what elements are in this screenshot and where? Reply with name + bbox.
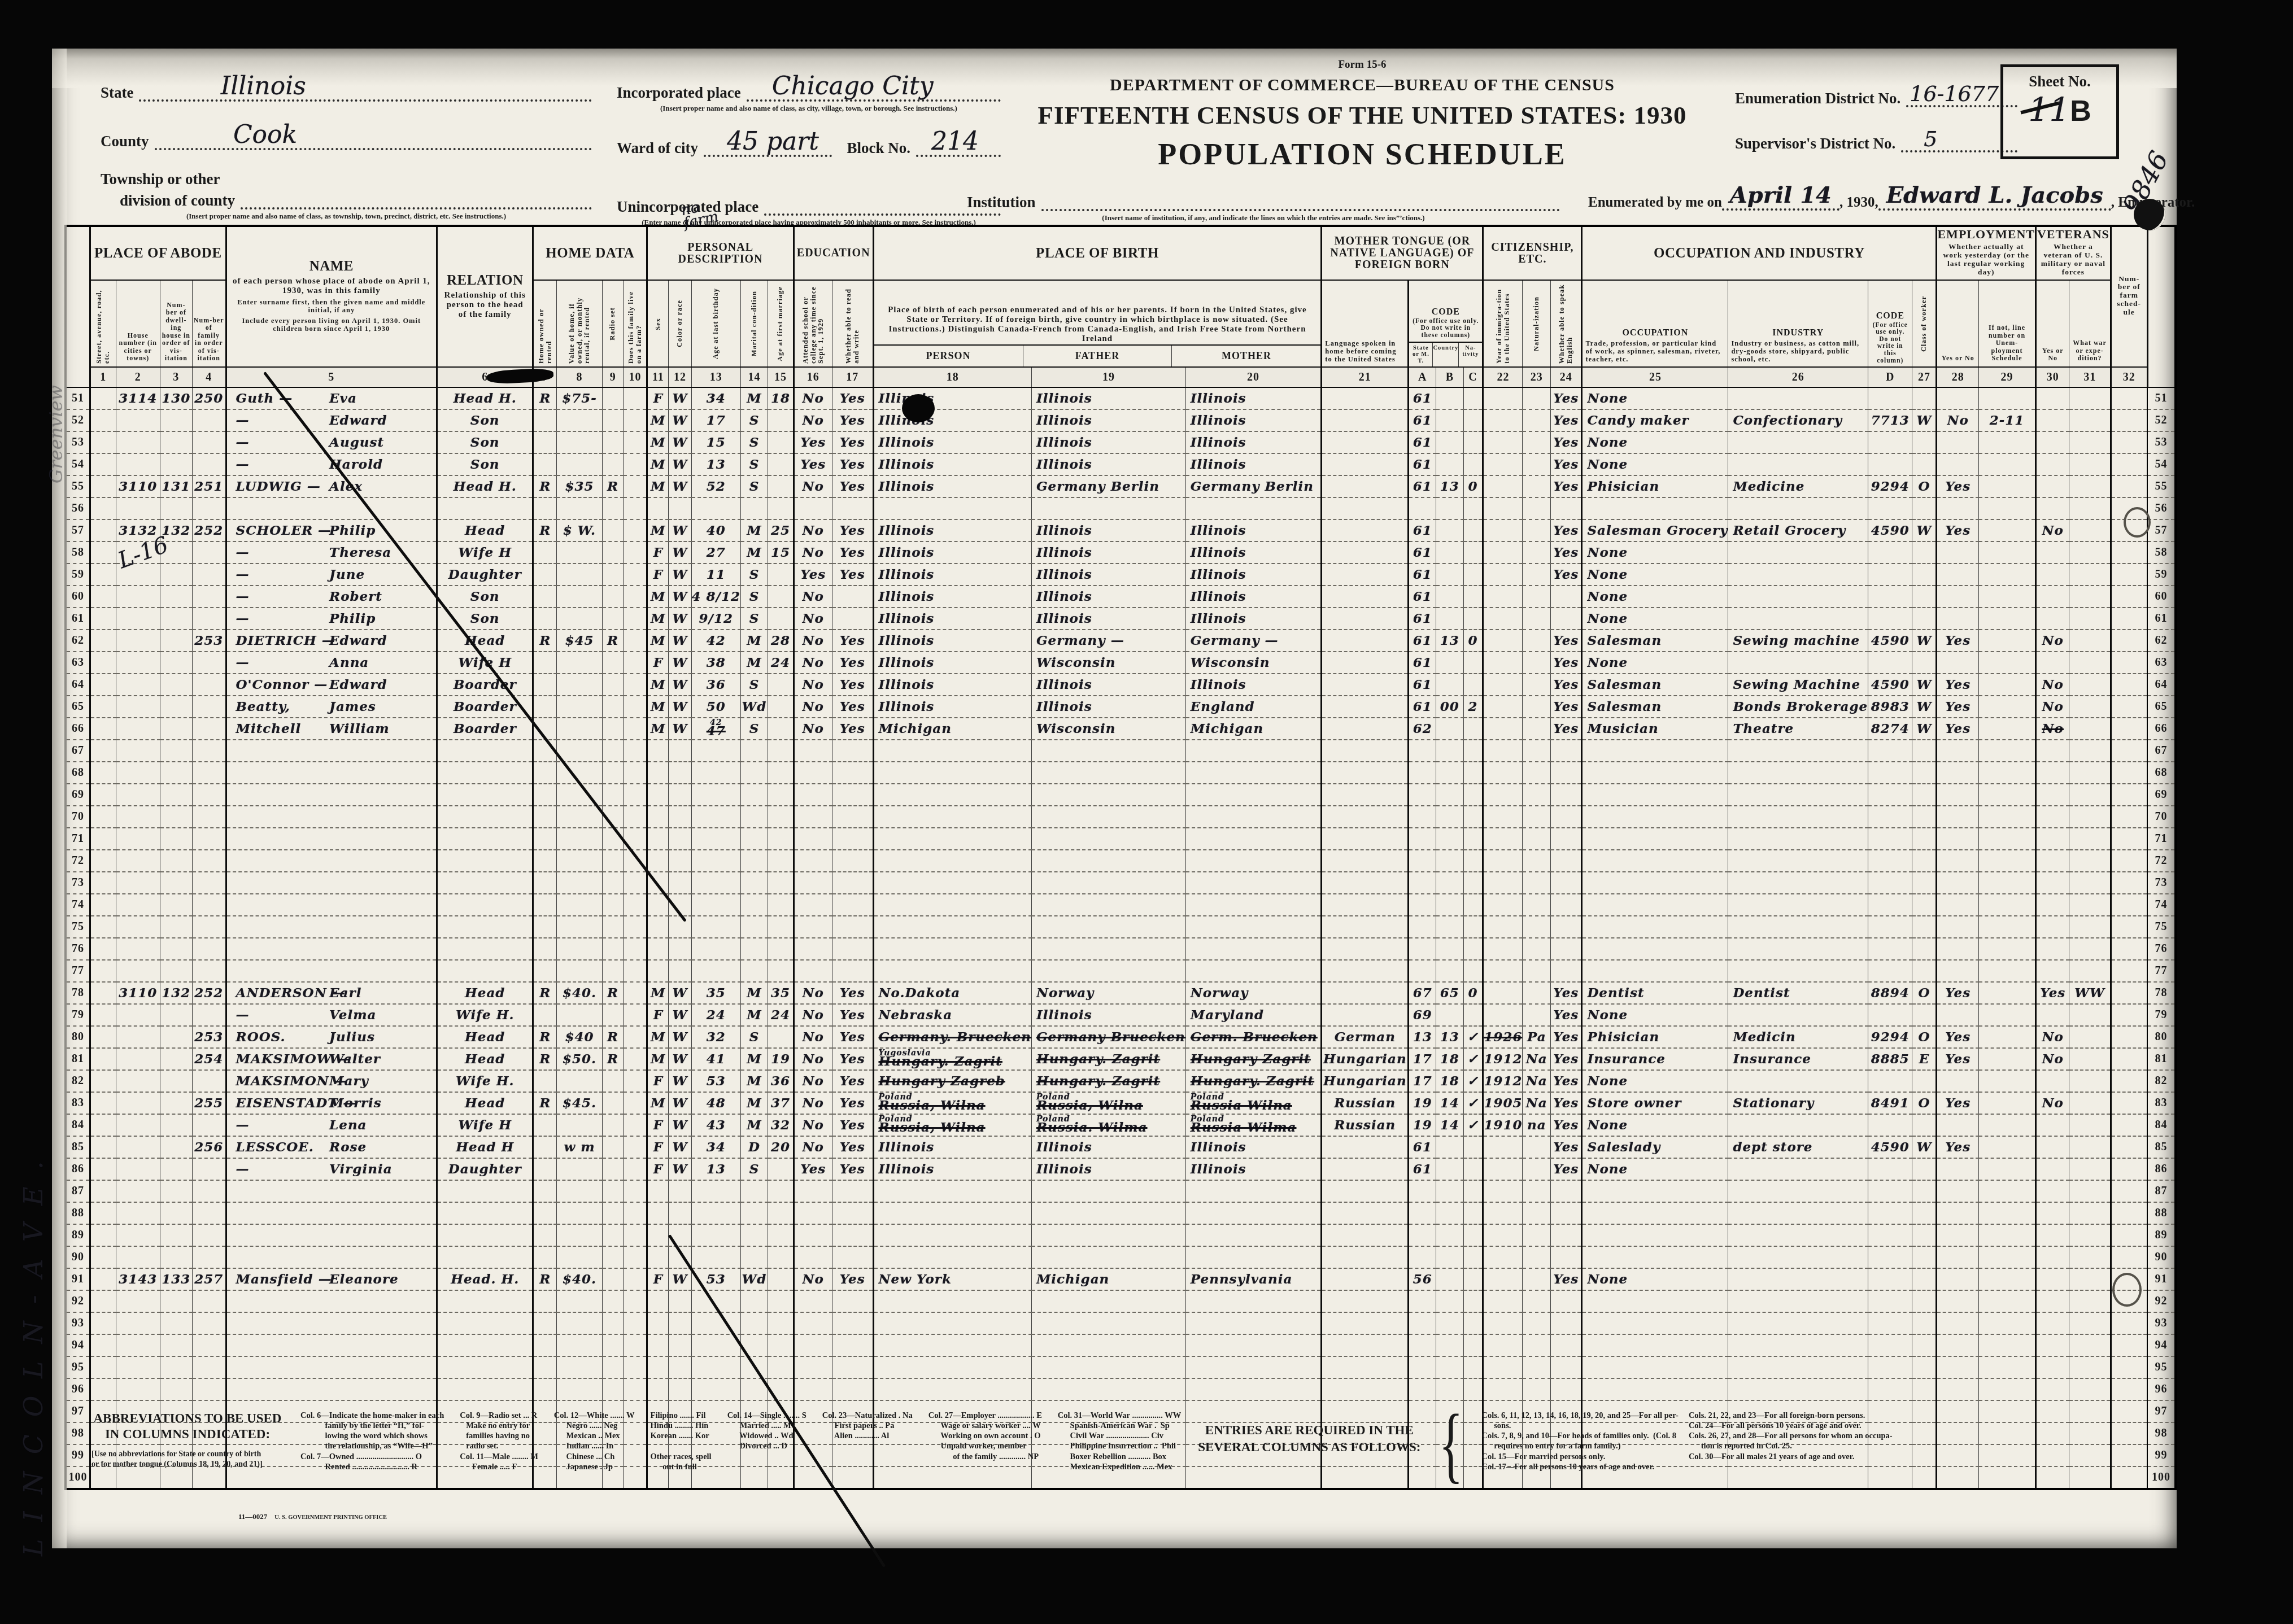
cell-c21-line-96 [1322,1378,1409,1400]
cell-c4-line-68 [192,762,226,784]
cell-c21-line-55 [1322,475,1409,497]
cell-c27-line-56 [1912,497,1937,519]
cell-c25-line-94 [1582,1334,1728,1356]
cell-c14-line-65: Wd [740,696,768,718]
cell-c16-line-66: No [794,718,832,740]
cell-cC-line-86 [1463,1158,1483,1180]
cell-c27-line-64: W [1912,674,1937,696]
line-number-92: 92 [2147,1290,2176,1312]
cell-c12-line-78: W [669,982,691,1004]
line-number-54: 54 [66,453,90,475]
form-number: Form 15-6 [1012,59,1712,71]
cell-c21-line-78 [1322,982,1409,1004]
abbreviation-columns: Col. 6—Indicate the home-maker in each f… [300,1411,1181,1472]
cell-c23-line-79 [1523,1004,1551,1026]
cell-c1-line-87 [90,1180,116,1202]
cell-c31-line-70 [2069,806,2111,828]
cell-c17-line-69 [832,784,873,806]
cell-cB-line-52 [1436,409,1464,431]
line-number-67: 67 [66,740,90,762]
cell-cA-line-94 [1409,1334,1436,1356]
cell-c2-line-66 [116,718,160,740]
abbreviation-block-1: Col. 6—Indicate the home-maker in each f… [300,1411,444,1472]
cell-c14-line-70 [740,806,768,828]
cell-c5-line-67 [226,740,437,762]
cell-c7-line-89 [533,1224,557,1246]
cell-c24-line-73 [1551,872,1582,894]
column-unemployment-line: If not, line number on Unem-ployment Sch… [1978,280,2035,367]
cell-c29-line-58 [1978,542,2035,564]
cell-cA-line-77 [1409,960,1436,982]
cell-c21-line-67 [1322,740,1409,762]
cell-cB-line-73 [1436,872,1464,894]
column-number-5: 5 [226,367,437,387]
line-number-74: 74 [66,894,90,916]
line-number-59: 59 [2147,564,2176,586]
cell-c21-line-83: Russian [1322,1092,1409,1114]
cell-c29-line-60 [1978,586,2035,608]
cell-c9-line-89 [602,1224,624,1246]
census-row-65: 65Beatty,JamesBoarderMW50WdNoYesIllinois… [66,696,2176,718]
cell-c31-line-83 [2069,1092,2111,1114]
cell-c26-line-57: Retail Grocery [1728,519,1868,542]
cell-c1-line-70 [90,806,116,828]
cell-c5-line-83: EISENSTADT —Morris [226,1092,437,1114]
cell-c32-line-72 [2111,850,2147,872]
cell-cD-line-83: 8491 [1868,1092,1912,1114]
cell-cD-line-78: 8894 [1868,982,1912,1004]
cell-c25-line-60: None [1582,586,1728,608]
township-field: Township or other division of county (In… [101,171,592,221]
cell-c25-line-95 [1582,1356,1728,1378]
cell-cC-line-78: 0 [1463,982,1483,1004]
census-row-53: 53—AugustSonMW15SYesYesIllinoisIllinoisI… [66,431,2176,453]
cell-c9-line-59 [602,564,624,586]
cell-c22-line-89 [1483,1224,1523,1246]
cell-cC-line-94 [1463,1334,1483,1356]
cell-cA-line-60: 61 [1409,586,1436,608]
line-number-51: 51 [2147,387,2176,409]
cell-c17-line-81: Yes [832,1048,873,1070]
cell-c25-line-69 [1582,784,1728,806]
cell-cC-line-81: ✓ [1463,1048,1483,1070]
cell-c18-line-53: Illinois [873,431,1031,453]
cell-c18-line-61: Illinois [873,608,1031,630]
column-code-abc: CODE(For office use only. Do not write i… [1409,280,1483,367]
cell-c14-line-90 [740,1246,768,1268]
cell-cD-line-71 [1868,828,1912,850]
group-employment: EMPLOYMENTWhether actually at work yeste… [1937,226,2036,280]
cell-c31-line-94 [2069,1334,2111,1356]
cell-c14-line-53: S [740,431,768,453]
cell-c6-line-88 [437,1202,533,1224]
cell-c23-line-68 [1523,762,1551,784]
cell-c1-line-90 [90,1246,116,1268]
cell-c8-line-73 [557,872,603,894]
cell-cB-line-91 [1436,1268,1464,1290]
column-number-16: 16 [794,367,832,387]
cell-c3-line-74 [160,894,192,916]
cell-c12-line-70 [669,806,691,828]
abbreviations-title-1: ABBREVIATIONS TO BE USED [94,1411,282,1425]
cell-cB-line-79 [1436,1004,1464,1026]
cell-c30-line-59 [2036,564,2069,586]
gpo-imprint: U. S. GOVERNMENT PRINTING OFFICE [274,1514,387,1521]
cell-c3-line-92 [160,1290,192,1312]
cell-c8-line-95 [557,1356,603,1378]
line-number-75: 75 [2147,916,2176,938]
cell-c16-line-52: No [794,409,832,431]
cell-c16-line-75 [794,916,832,938]
cell-cC-line-74 [1463,894,1483,916]
cell-c25-line-89 [1582,1224,1728,1246]
line-number-53: 53 [2147,431,2176,453]
cell-c15-line-81: 19 [768,1048,794,1070]
cell-c18-line-52: Illinois [873,409,1031,431]
cell-c26-line-54 [1728,453,1868,475]
cell-c12-line-65: W [669,696,691,718]
cell-c31-line-92 [2069,1290,2111,1312]
cell-cB-line-58 [1436,542,1464,564]
incorporated-place-line: Chicago City [747,80,1001,102]
cell-c25-line-87 [1582,1180,1728,1202]
census-sheet-paper: State Illinois County Cook Township or o… [52,49,2177,1548]
census-row-75: 7575 [66,916,2176,938]
cell-c30-line-84 [2036,1114,2069,1136]
cell-c5-line-61: —Philip [226,608,437,630]
cell-c9-line-65 [602,696,624,718]
cell-c13-line-60: 4 8/12 [691,586,740,608]
abbreviations-title-2: IN COLUMNS INDICATED: [105,1427,270,1441]
cell-c25-line-96 [1582,1378,1728,1400]
cell-c10-line-96 [624,1378,647,1400]
line-number-70: 70 [66,806,90,828]
line-number-header-left [66,226,90,387]
cell-c4-line-60 [192,586,226,608]
cell-c31-line-79 [2069,1004,2111,1026]
cell-c15-line-82: 36 [768,1070,794,1092]
column-number-19: 19 [1031,367,1185,387]
cell-c28-line-52: No [1937,409,1979,431]
cell-c14-line-72 [740,850,768,872]
incorporated-place-note: (Insert proper name and also name of cla… [617,104,1001,113]
abbreviation-block-5: Col. 14—Single ........ S Married ..... … [727,1411,807,1472]
cell-c5-line-95 [226,1356,437,1378]
cell-c3-line-53 [160,431,192,453]
cell-c14-line-74 [740,894,768,916]
cell-c4-line-80: 253 [192,1026,226,1048]
cell-c8-line-71 [557,828,603,850]
institution-field: Institution (Insert name of institution,… [967,190,1560,222]
cell-c26-line-64: Sewing Machine [1728,674,1868,696]
column-naturalization: Natural-ization [1523,280,1551,367]
cell-c32-line-90 [2111,1246,2147,1268]
column-farm-schedule: Num-ber of farm sched-ule [2111,226,2147,367]
cell-cB-line-69 [1436,784,1464,806]
column-color-race: Color or race [669,280,691,367]
cell-cB-line-70 [1436,806,1464,828]
cell-c26-line-59 [1728,564,1868,586]
cell-c24-line-77 [1551,960,1582,982]
cell-c32-line-87 [2111,1180,2147,1202]
cell-c17-line-82: Yes [832,1070,873,1092]
cell-c14-line-91: Wd [740,1268,768,1290]
cell-c9-line-86 [602,1158,624,1180]
abbreviation-block-7: Col. 27—Employer .................. E Wa… [928,1411,1042,1472]
cell-c13-line-65: 50 [691,696,740,718]
cell-c23-line-88 [1523,1202,1551,1224]
cell-cC-line-54 [1463,453,1483,475]
cell-c19-line-67 [1031,740,1185,762]
cell-c5-line-94 [226,1334,437,1356]
cell-c20-line-53: Illinois [1185,431,1322,453]
cell-c11-line-66: M [647,718,669,740]
line-number-63: 63 [66,652,90,674]
cell-c31-line-69 [2069,784,2111,806]
cell-c31-line-61 [2069,608,2111,630]
cell-c20-line-85: Illinois [1185,1136,1322,1158]
cell-c25-line-81: Insurance [1582,1048,1728,1070]
cell-c4-line-93 [192,1312,226,1334]
cell-c3-line-76 [160,938,192,960]
cell-c26-line-76 [1728,938,1868,960]
ward-field: Ward of city 45 part Block No. 214 [617,136,1001,157]
cell-c27-line-86 [1912,1158,1937,1180]
cell-cC-line-96 [1463,1378,1483,1400]
cell-c15-line-61 [768,608,794,630]
cell-cC-line-57 [1463,519,1483,542]
cell-c12-line-71 [669,828,691,850]
cell-c30-line-86 [2036,1158,2069,1180]
census-row-83: 83255EISENSTADT —MorrisHeadR$45.MW48M37N… [66,1092,2176,1114]
column-number-C: C [1463,367,1483,387]
cell-cA-line-57: 61 [1409,519,1436,542]
column-occupation: OCCUPATIONTrade, profession, or particul… [1582,280,1728,367]
cell-cC-line-84: ✓ [1463,1114,1483,1136]
cell-c17-line-61 [832,608,873,630]
cell-c12-line-94 [669,1334,691,1356]
cell-c5-line-77 [226,960,437,982]
cell-cA-line-87 [1409,1180,1436,1202]
census-row-72: 7272 [66,850,2176,872]
cell-c26-line-83: Stationary [1728,1092,1868,1114]
cell-c27-line-89 [1912,1224,1937,1246]
cell-c16-line-71 [794,828,832,850]
cell-c23-line-56 [1523,497,1551,519]
cell-c6-line-51: Head H. [437,387,533,409]
cell-c26-line-85: dept store [1728,1136,1868,1158]
cell-c19-line-88 [1031,1202,1185,1224]
line-number-97: 97 [66,1400,90,1422]
cell-c19-line-57: Illinois [1031,519,1185,542]
cell-c5-line-65: Beatty,James [226,696,437,718]
cell-c8-line-87 [557,1180,603,1202]
cell-cD-line-68 [1868,762,1912,784]
cell-c32-line-81 [2111,1048,2147,1070]
cell-c8-line-67 [557,740,603,762]
cell-c18-line-60: Illinois [873,586,1031,608]
cell-c17-line-64: Yes [832,674,873,696]
cell-c32-line-61 [2111,608,2147,630]
cell-c17-line-65: Yes [832,696,873,718]
cell-c6-line-86: Daughter [437,1158,533,1180]
line-number-64: 64 [66,674,90,696]
cell-c12-line-54: W [669,453,691,475]
cell-c10-line-90 [624,1246,647,1268]
cell-c19-line-64: Illinois [1031,674,1185,696]
cell-c12-line-84: W [669,1114,691,1136]
census-row-81: 81254MAKSIMOW —WalterHeadR$50.RMW41M19No… [66,1048,2176,1070]
cell-c8-line-60 [557,586,603,608]
cell-c14-line-51: M [740,387,768,409]
line-number-61: 61 [66,608,90,630]
cell-c10-line-77 [624,960,647,982]
cell-c2-line-78: 3110 [116,982,160,1004]
enumeration-year: , 1930, [1839,195,1878,211]
line-number-91: 91 [2147,1268,2176,1290]
cell-c9-line-79 [602,1004,624,1026]
cell-c1-line-80 [90,1026,116,1048]
cell-c13-line-80: 32 [691,1026,740,1048]
cell-c13-line-69 [691,784,740,806]
cell-c29-line-92 [1978,1290,2035,1312]
cell-c16-line-87 [794,1180,832,1202]
cell-c6-line-89 [437,1224,533,1246]
cell-cC-line-52 [1463,409,1483,431]
cell-c27-line-52: W [1912,409,1937,431]
cell-c28-line-58 [1937,542,1979,564]
cell-c17-line-73 [832,872,873,894]
cell-c5-line-58: —Theresa [226,542,437,564]
cell-c31-line-87 [2069,1180,2111,1202]
cell-c32-line-94 [2111,1334,2147,1356]
cell-c22-line-82: 1912 [1483,1070,1523,1092]
cell-c28-line-73 [1937,872,1979,894]
cell-c5-line-81: MAKSIMOW —Walter [226,1048,437,1070]
cell-c17-line-91: Yes [832,1268,873,1290]
cell-c20-line-70 [1185,806,1322,828]
cell-c25-line-61: None [1582,608,1728,630]
cell-c15-line-77 [768,960,794,982]
cell-c22-line-79 [1483,1004,1523,1026]
census-row-63: 63—AnnaWife HFW38M24NoYesIllinoisWiscons… [66,652,2176,674]
cell-c17-line-71 [832,828,873,850]
cell-c6-line-56 [437,497,533,519]
cell-c30-line-87 [2036,1180,2069,1202]
line-number-57: 57 [66,519,90,542]
cell-c14-line-68 [740,762,768,784]
cell-c16-line-70 [794,806,832,828]
line-number-68: 68 [66,762,90,784]
line-number-78: 78 [66,982,90,1004]
census-row-55: 553110131251LUDWIG —AlexHead H.R$35RMW52… [66,475,2176,497]
cell-c15-line-80 [768,1026,794,1048]
cell-c28-line-63 [1937,652,1979,674]
cell-c15-line-74 [768,894,794,916]
cell-c28-line-79 [1937,1004,1979,1026]
cell-c25-line-71 [1582,828,1728,850]
cell-cD-line-52: 7713 [1868,409,1912,431]
group-citizenship: CITIZENSHIP, ETC. [1483,226,1582,280]
line-number-59: 59 [66,564,90,586]
abbreviation-block-2: Col. 9—Radio set ... R Make no entry for… [460,1411,538,1472]
cell-c5-line-53: —August [226,431,437,453]
cell-cD-line-77 [1868,960,1912,982]
line-number-57: 57 [2147,519,2176,542]
column-number-D: D [1868,367,1912,387]
cell-c7-line-79 [533,1004,557,1026]
cell-c18-line-72 [873,850,1031,872]
line-number-74: 74 [2147,894,2176,916]
cell-c13-line-72 [691,850,740,872]
cell-c6-line-72 [437,850,533,872]
cell-c7-line-63 [533,652,557,674]
cell-c7-line-94 [533,1334,557,1356]
cell-c3-line-90 [160,1246,192,1268]
cell-c9-line-68 [602,762,624,784]
cell-c19-line-76 [1031,938,1185,960]
cell-c8-line-56 [557,497,603,519]
cell-c27-line-83: O [1912,1092,1937,1114]
cell-c28-line-76 [1937,938,1979,960]
cell-c6-line-64: Boarder [437,674,533,696]
cell-c24-line-76 [1551,938,1582,960]
cell-c3-line-96 [160,1378,192,1400]
cell-cA-line-67 [1409,740,1436,762]
cell-c17-line-75 [832,916,873,938]
cell-c25-line-85: Saleslady [1582,1136,1728,1158]
cell-cC-line-85 [1463,1136,1483,1158]
column-immigration-year: Year of immigra-tion to the United State… [1483,280,1523,367]
cell-c32-line-63 [2111,652,2147,674]
census-row-86: 86—VirginiaDaughterFW13SYesYesIllinoisIl… [66,1158,2176,1180]
cell-cA-line-82: 17 [1409,1070,1436,1092]
cell-cB-line-56 [1436,497,1464,519]
cell-c17-line-86: Yes [832,1158,873,1180]
cell-c17-line-83: Yes [832,1092,873,1114]
cell-cD-line-70 [1868,806,1912,828]
cell-c19-line-93 [1031,1312,1185,1334]
line-number-61: 61 [2147,608,2176,630]
cell-cA-line-78: 67 [1409,982,1436,1004]
cell-cB-line-82: 18 [1436,1070,1464,1092]
cell-c8-line-54 [557,453,603,475]
cell-cD-line-69 [1868,784,1912,806]
cell-c15-line-53 [768,431,794,453]
cell-c21-line-85 [1322,1136,1409,1158]
cell-c30-line-92 [2036,1290,2069,1312]
census-row-51: 513114130250Guth —EvaHead H.R$75-FW34M18… [66,387,2176,409]
cell-c19-line-81: Hungary. Zagrit [1031,1048,1185,1070]
column-war: What war or expe-dition? [2069,280,2111,367]
cell-c23-line-67 [1523,740,1551,762]
column-house-number: House number (in cities or towns) [116,280,160,367]
cell-c11-line-76 [647,938,669,960]
cell-c9-line-94 [602,1334,624,1356]
entries-title-1: ENTRIES ARE REQUIRED IN THE [1205,1423,1414,1437]
cell-c16-line-93 [794,1312,832,1334]
cell-cD-line-87 [1868,1180,1912,1202]
cell-c12-line-52: W [669,409,691,431]
cell-c4-line-64 [192,674,226,696]
cell-c28-line-68 [1937,762,1979,784]
line-number-52: 52 [2147,409,2176,431]
cell-c10-line-67 [624,740,647,762]
cell-c15-line-64 [768,674,794,696]
group-veterans: VETERANSWhether a veteran of U. S. milit… [2036,226,2111,280]
cell-c2-line-61 [116,608,160,630]
cell-c31-line-81 [2069,1048,2111,1070]
